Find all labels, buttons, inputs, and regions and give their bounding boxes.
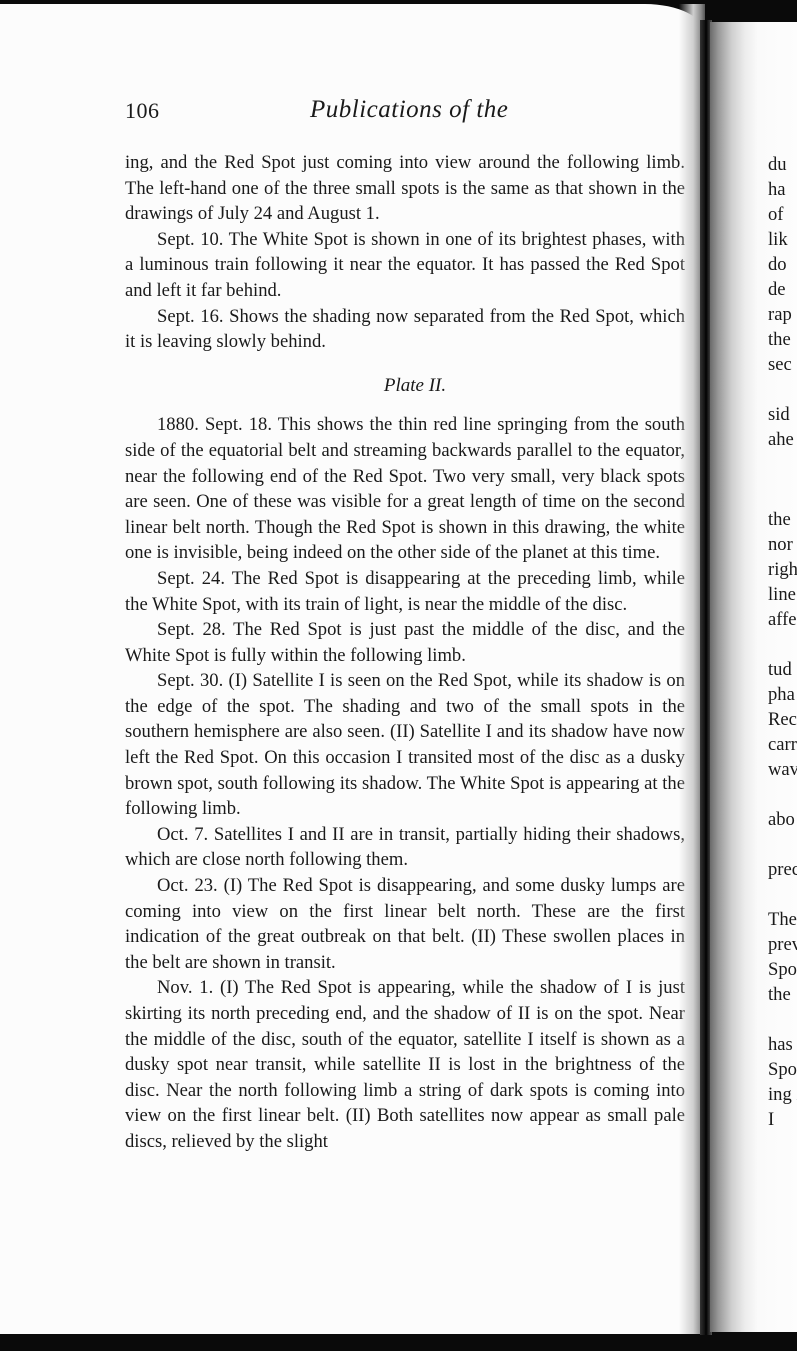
facing-page-line: ahe [768, 427, 794, 453]
facing-page-line: the [768, 507, 791, 533]
paragraph: Sept. 16. Shows the shading now separate… [125, 304, 685, 355]
facing-page-line: sec [768, 352, 792, 378]
facing-page-line: Rec [768, 707, 797, 733]
facing-page-line: abo [768, 807, 795, 833]
left-page: 106 Publications of the ing, and the Red… [0, 4, 705, 1334]
facing-page-line: de [768, 277, 786, 303]
facing-page-line: righ [768, 557, 797, 583]
facing-page-line: lik [768, 227, 788, 253]
facing-page-line: pha [768, 682, 795, 708]
facing-page-line: has [768, 1032, 793, 1058]
paragraph: Sept. 10. The White Spot is shown in one… [125, 227, 685, 304]
running-title: Publications of the [310, 96, 508, 124]
section-heading: Plate II. [125, 373, 685, 399]
facing-page-line: tud [768, 657, 792, 683]
facing-page-line: prec [768, 857, 797, 883]
facing-page-line: I [768, 1107, 774, 1133]
facing-page-line: the [768, 982, 791, 1008]
facing-page-line: of [768, 202, 784, 228]
facing-page-line: do [768, 252, 787, 278]
paragraph: Sept. 30. (I) Satellite I is seen on the… [125, 668, 685, 822]
facing-page-line: The [768, 907, 797, 933]
facing-page-line: du [768, 152, 787, 178]
facing-page-line: prev [768, 932, 797, 958]
facing-page: duhaoflikdoderapthesecsidahethenorrighli… [710, 22, 797, 1332]
paragraph: Sept. 28. The Red Spot is just past the … [125, 617, 685, 668]
facing-page-line: rap [768, 302, 792, 328]
paragraph: ing, and the Red Spot just coming into v… [125, 150, 685, 227]
body-text: ing, and the Red Spot just coming into v… [125, 150, 685, 1155]
facing-page-line: wav [768, 757, 797, 783]
facing-page-line: sid [768, 402, 790, 428]
facing-page-line: the [768, 327, 791, 353]
paragraph: 1880. Sept. 18. This shows the thin red … [125, 412, 685, 566]
paragraph: Sept. 24. The Red Spot is disappearing a… [125, 566, 685, 617]
page-number: 106 [125, 98, 160, 124]
facing-page-line: Spot [768, 957, 797, 983]
paragraph: Oct. 7. Satellites I and II are in trans… [125, 822, 685, 873]
paragraph: Oct. 23. (I) The Red Spot is disappearin… [125, 873, 685, 975]
facing-page-line: ha [768, 177, 786, 203]
facing-page-line: carr [768, 732, 797, 758]
facing-page-line: Spot [768, 1057, 797, 1083]
facing-page-line: ing i [768, 1082, 797, 1108]
paragraph: Nov. 1. (I) The Red Spot is appearing, w… [125, 975, 685, 1154]
facing-page-line: line [768, 582, 796, 608]
facing-page-line: affe [768, 607, 797, 633]
facing-page-line: nor [768, 532, 793, 558]
page-header: 106 Publications of the [125, 96, 685, 132]
